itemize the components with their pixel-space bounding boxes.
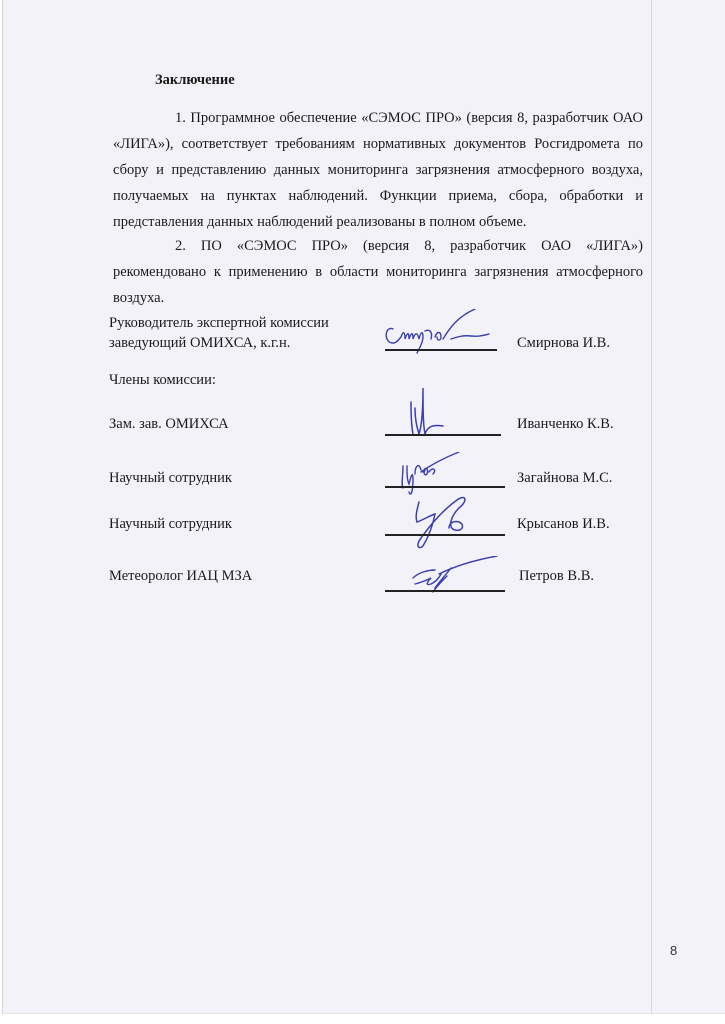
member-2-signature-line [385, 486, 505, 488]
member-2-role: Научный сотрудник [109, 468, 232, 488]
chair-name: Смирнова И.В. [517, 333, 610, 353]
conclusion-paragraph-2: 2. ПО «СЭМОС ПРО» (версия 8, разработчик… [113, 233, 643, 311]
member-3-signature-line [385, 534, 505, 536]
page-number: 8 [670, 943, 677, 958]
member-4-name: Петров В.В. [519, 566, 594, 586]
member-3-name: Крысанов И.В. [517, 514, 610, 534]
member-2-signature-icon [393, 452, 473, 500]
member-3-role: Научный сотрудник [109, 514, 232, 534]
conclusion-paragraph-1: 1. Программное обеспечение «СЭМОС ПРО» (… [113, 105, 643, 235]
signature-row-member-1: Зам. зав. ОМИХСА Иванченко К.В. [109, 414, 629, 438]
member-1-signature-icon [399, 388, 459, 438]
member-1-signature-line [385, 434, 501, 436]
member-3-signature-icon [393, 494, 493, 550]
member-1-name: Иванченко К.В. [517, 414, 614, 434]
members-label: Члены комиссии: [109, 372, 216, 389]
signature-row-member-4: Метеоролог ИАЦ МЗА Петров В.В. [109, 566, 629, 590]
scan-edge-line [651, 0, 652, 1013]
member-4-role: Метеоролог ИАЦ МЗА [109, 566, 252, 586]
section-heading: Заключение [155, 72, 235, 89]
signature-row-member-3: Научный сотрудник Крысанов И.В. [109, 514, 629, 538]
chair-role-line-1: Руководитель экспертной комиссии [109, 313, 329, 333]
signature-row-member-2: Научный сотрудник Загайнова М.С. [109, 468, 629, 492]
member-2-name: Загайнова М.С. [517, 468, 612, 488]
chair-role: Руководитель экспертной комиссии заведую… [109, 313, 329, 353]
scanned-page: Заключение 1. Программное обеспечение «С… [2, 0, 725, 1014]
member-4-signature-line [385, 590, 505, 592]
member-1-role: Зам. зав. ОМИХСА [109, 414, 229, 434]
signature-row-chair: Руководитель экспертной комиссии заведую… [109, 313, 629, 357]
chair-signature-line [385, 349, 497, 351]
chair-role-line-2: заведующий ОМИХСА, к.г.н. [109, 333, 329, 353]
